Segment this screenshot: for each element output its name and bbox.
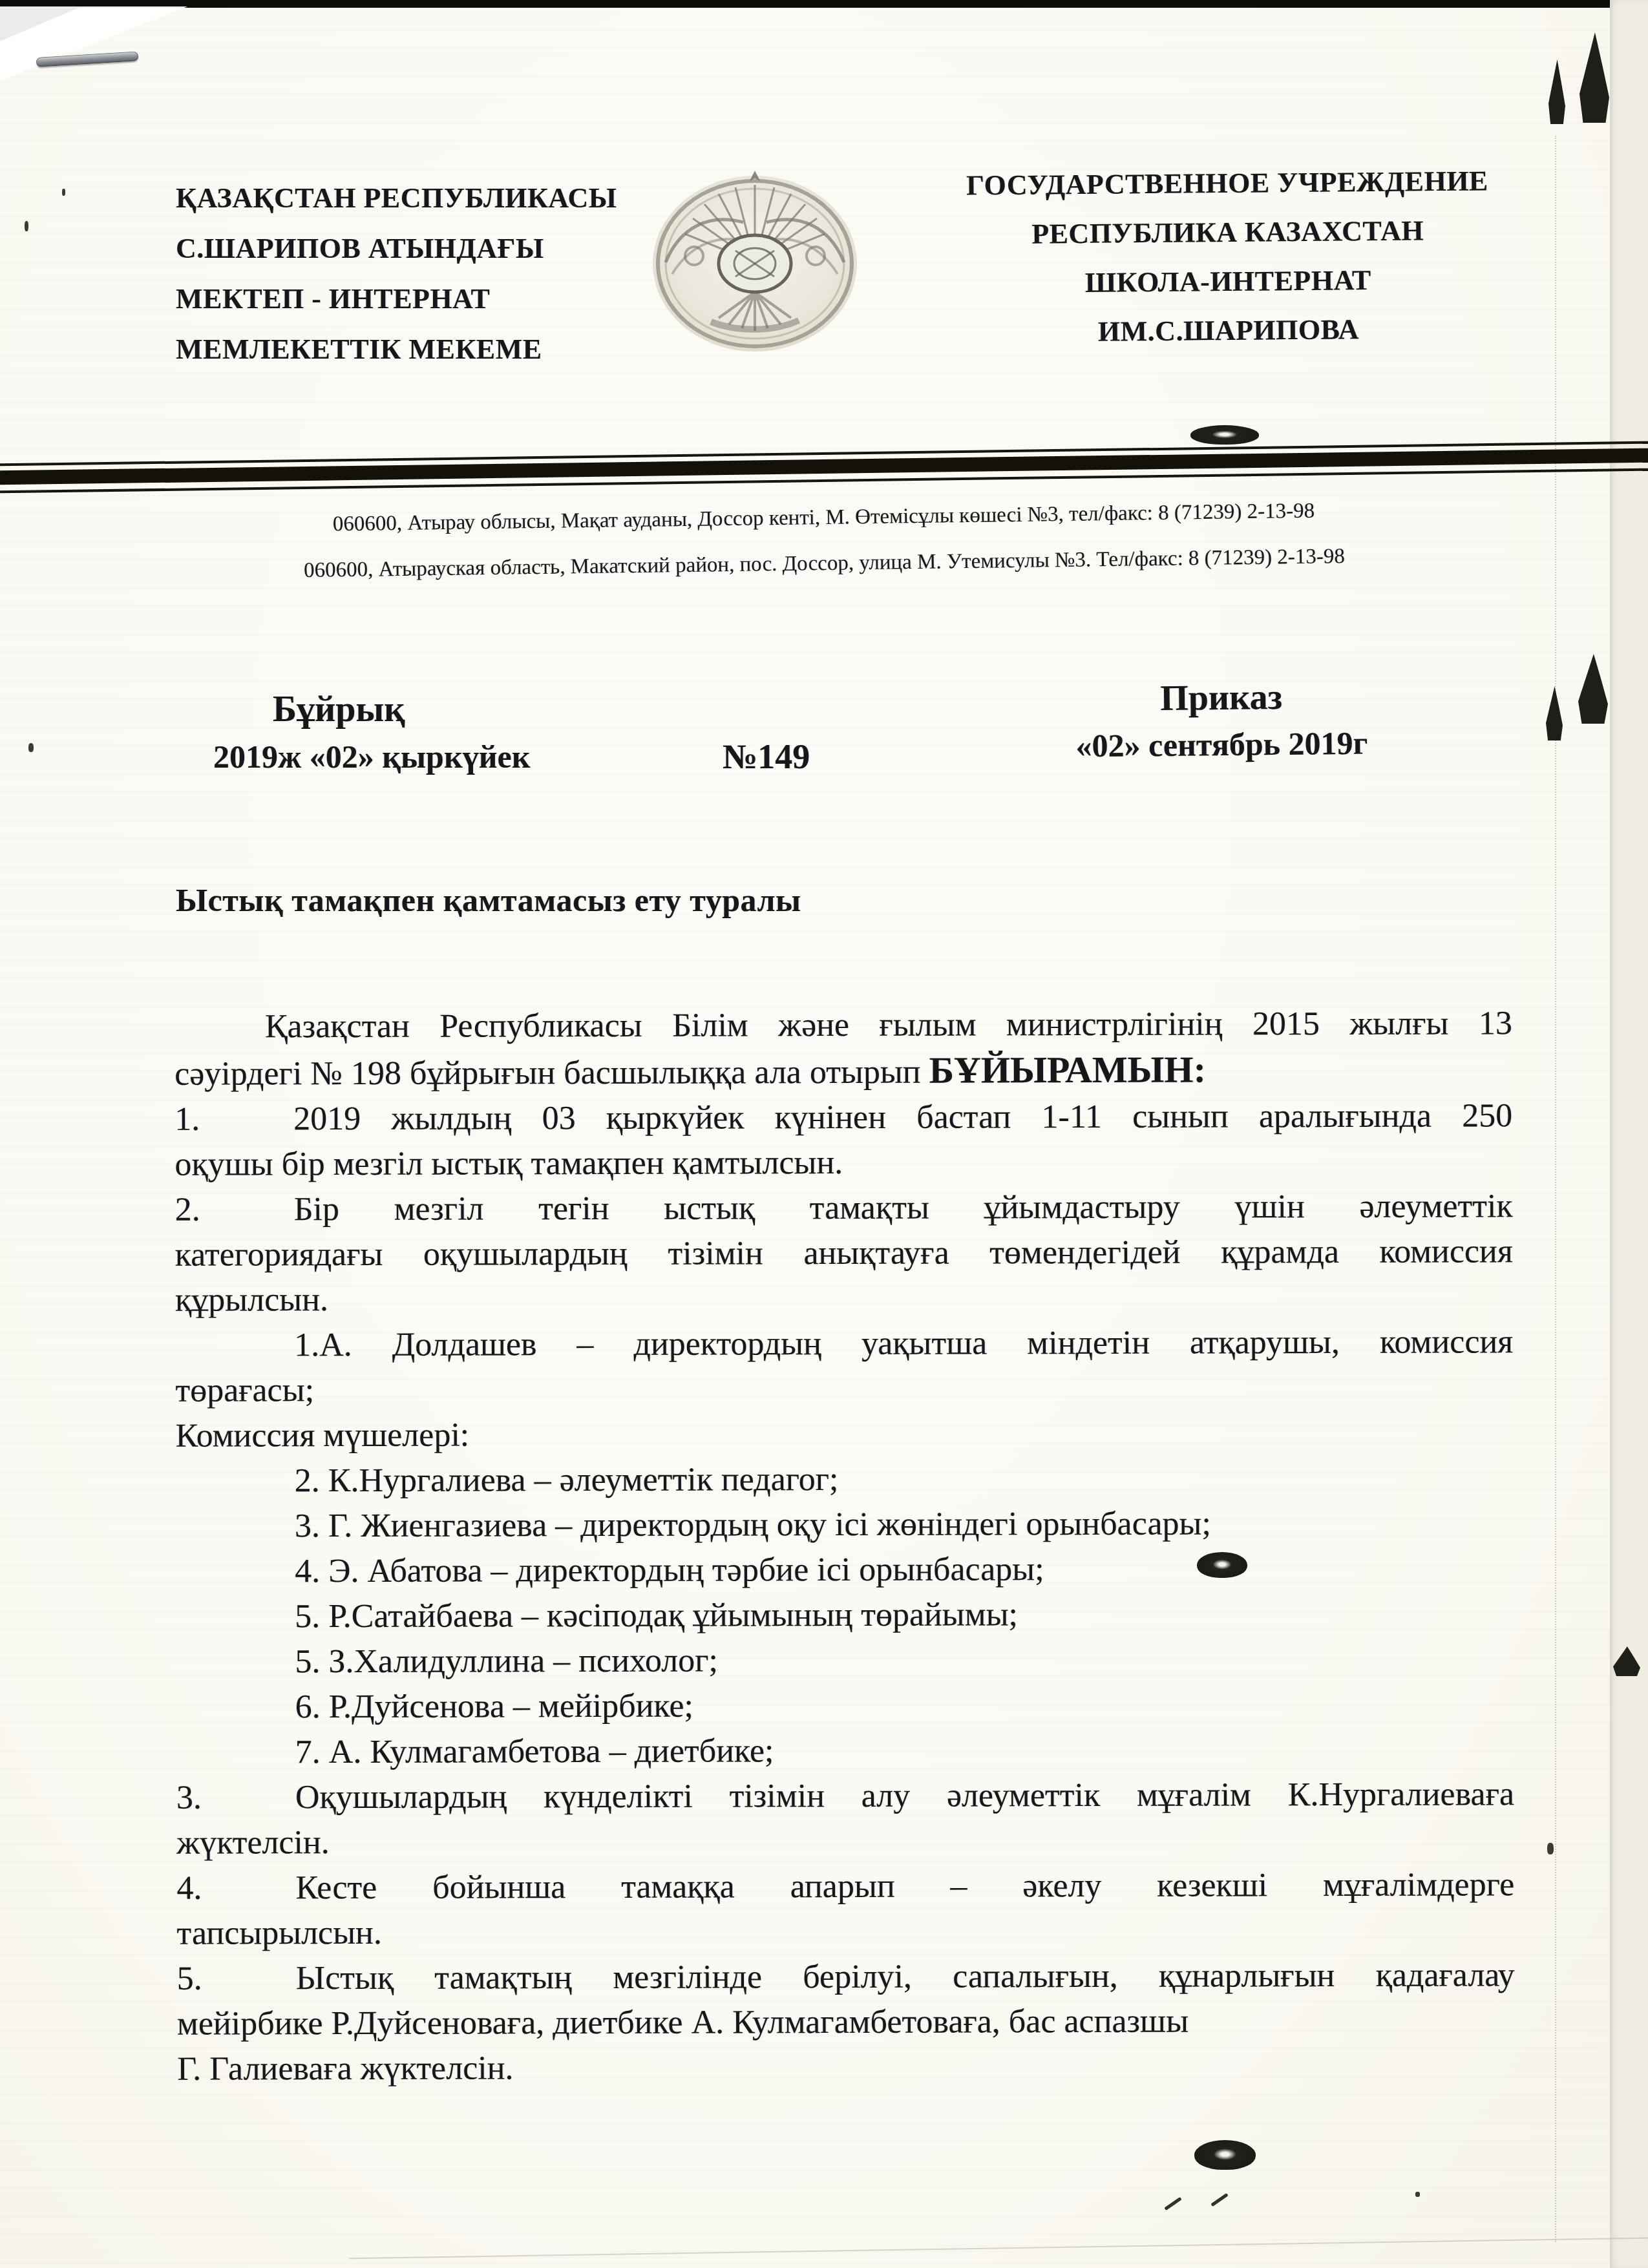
order-title-russian-block: Приказ «02» сентябрь 2019г xyxy=(1053,670,1389,766)
ink-speck xyxy=(1547,1843,1554,1854)
org-name-russian: ГОСУДАРСТВЕННОЕ УЧРЕЖДЕНИЕ РЕСПУБЛИКА КА… xyxy=(936,156,1520,358)
org-left-line: МЕКТЕП - ИНТЕРНАТ xyxy=(176,274,680,324)
order-title-kazakh-block: Бұйрық 2019ж «02» қыркүйек xyxy=(213,684,640,778)
ink-speck xyxy=(1415,2192,1420,2197)
member-list-item: 3. Г. Жиенгазиева – директордың оқу ісі … xyxy=(176,1500,1514,1549)
order-item-2: 2.Бір мезгіл тегін ыстық тамақты ұйымдас… xyxy=(175,1184,1513,1232)
ink-mark xyxy=(1546,686,1563,740)
item-number: 5. xyxy=(177,1956,296,2001)
member-list-item: 5. Р.Сатайбаева – кәсіподақ ұйымының төр… xyxy=(176,1591,1514,1639)
org-right-line: ШКОЛА-ИНТЕРНАТ xyxy=(937,255,1519,309)
order-item-5: 5.Ыстық тамақтың мезгілінде берілуі, сап… xyxy=(177,1953,1515,2001)
commission-chair-line: 1.А. Долдашев – директордың уақытша мінд… xyxy=(175,1319,1513,1368)
item-text: Ыстық тамақтың мезгілінде берілуі, сапал… xyxy=(296,1957,1515,1997)
order-item-2-cont: құрылсын. xyxy=(175,1274,1513,1323)
org-right-line: ГОСУДАРСТВЕННОЕ УЧРЕЖДЕНИЕ xyxy=(936,156,1519,211)
ink-speck xyxy=(25,221,28,231)
order-date-kk: 2019ж «02» қыркүйек xyxy=(213,735,640,778)
org-left-line: МЕМЛЕКЕТТІК МЕКЕМЕ xyxy=(176,324,680,375)
item-text: Кесте бойынша тамаққа апарып – әкелу кез… xyxy=(295,1866,1514,1906)
pen-slash-mark xyxy=(1164,2197,1181,2210)
ink-mark xyxy=(1578,654,1608,724)
ink-mark xyxy=(1579,32,1609,123)
org-name-kazakh: ҚАЗАҚСТАН РЕСПУБЛИКАСЫ С.ШАРИПОВ АТЫНДАҒ… xyxy=(176,173,680,375)
order-number: №149 xyxy=(723,737,810,777)
members-label: Комиссия мүшелері: xyxy=(175,1410,1513,1458)
scanned-order-document-page: ҚАЗАҚСТАН РЕСПУБЛИКАСЫ С.ШАРИПОВ АТЫНДАҒ… xyxy=(0,0,1648,2268)
order-item-2-cont: категориядағы оқушылардың тізімін анықта… xyxy=(175,1229,1513,1277)
ink-blob xyxy=(1194,2140,1256,2170)
ink-speck xyxy=(62,189,65,196)
order-item-5-cont: мейірбике Р.Дуйсеноваға, диетбике А. Кул… xyxy=(177,1998,1515,2046)
scanner-edge-bar xyxy=(0,0,1648,8)
item-number: 1. xyxy=(174,1097,293,1142)
org-left-line: ҚАЗАҚСТАН РЕСПУБЛИКАСЫ xyxy=(176,173,680,224)
item-number: 4. xyxy=(176,1865,295,1911)
item-text: Бір мезгіл тегін ыстық тамақты ұйымдасты… xyxy=(294,1188,1513,1228)
order-item-4: 4.Кесте бойынша тамаққа апарып – әкелу к… xyxy=(176,1862,1514,1911)
order-date-ru: «02» сентябрь 2019г xyxy=(1053,722,1390,766)
item-number: 2. xyxy=(175,1187,294,1232)
org-left-line: С.ШАРИПОВ АТЫНДАҒЫ xyxy=(176,224,680,274)
emblem-graphic xyxy=(653,171,857,352)
member-list-item: 5. З.Халидуллина – психолог; xyxy=(176,1636,1514,1685)
item-text: Оқушылардың күнделікті тізімін алу әлеум… xyxy=(295,1776,1514,1816)
ink-mark xyxy=(1548,59,1565,124)
order-item-5-cont: Г. Галиеваға жүктелсін. xyxy=(177,2043,1515,2092)
order-verb: БҰЙЫРАМЫН: xyxy=(929,1049,1206,1091)
order-item-3: 3.Оқушылардың күнделікті тізімін алу әле… xyxy=(176,1772,1514,1820)
order-body: Қазақстан Республикасы Білім және ғылым … xyxy=(174,1001,1515,2092)
pen-slash-mark xyxy=(1210,2193,1228,2207)
kazakhstan-emblem-image xyxy=(646,165,863,363)
member-list-item: 6. Р.Дуйсенова – мейірбике; xyxy=(176,1681,1514,1730)
order-title-ru: Приказ xyxy=(1053,670,1389,725)
item-number: 3. xyxy=(176,1775,295,1820)
address-block: 060600, Атырау облысы, Мақат ауданы, Дос… xyxy=(90,485,1558,597)
preamble-line: Қазақстан Республикасы Білім және ғылым … xyxy=(174,1001,1512,1049)
member-list-item: 2. К.Нургалиева – әлеуметтік педагог; xyxy=(176,1455,1514,1504)
item-text: 2019 жылдың 03 қыркүйек күнінен бастап 1… xyxy=(293,1097,1512,1137)
preamble-line: сәуірдегі № 198 бұйрығын басшылыққа ала … xyxy=(174,1046,1512,1097)
order-item-3-cont: жүктелсін. xyxy=(176,1817,1514,1865)
letterhead-divider-rule xyxy=(0,441,1648,493)
ink-blob xyxy=(1197,1552,1247,1578)
member-list-item: 4. Э. Абатова – директордың тәрбие ісі о… xyxy=(176,1546,1514,1594)
page-corner-edge xyxy=(0,6,187,81)
org-right-line: ИМ.С.ШАРИПОВА xyxy=(938,304,1520,358)
member-list-item: 7. А. Кулмагамбетова – диетбике; xyxy=(176,1727,1514,1775)
order-item-1: 1.2019 жылдың 03 қыркүйек күнінен бастап… xyxy=(174,1093,1512,1142)
order-title-kk: Бұйрық xyxy=(213,684,640,735)
preamble-text: сәуірдегі № 198 бұйрығын басшылыққа ала … xyxy=(174,1054,929,1093)
org-right-line: РЕСПУБЛИКА КАЗАХСТАН xyxy=(936,205,1519,260)
page-right-edge-strip xyxy=(1610,0,1648,2268)
order-subject: Ыстық тамақпен қамтамасыз ету туралы xyxy=(176,881,801,919)
page-bottom-edge-line xyxy=(349,2237,1648,2259)
ink-blob xyxy=(1190,425,1259,445)
order-item-4-cont: тапсырылсын. xyxy=(176,1907,1514,1956)
order-item-1-cont: оқушы бір мезгіл ыстық тамақпен қамтылсы… xyxy=(174,1139,1512,1187)
ink-speck xyxy=(28,743,34,752)
commission-chair-cont: төрағасы; xyxy=(175,1365,1513,1413)
